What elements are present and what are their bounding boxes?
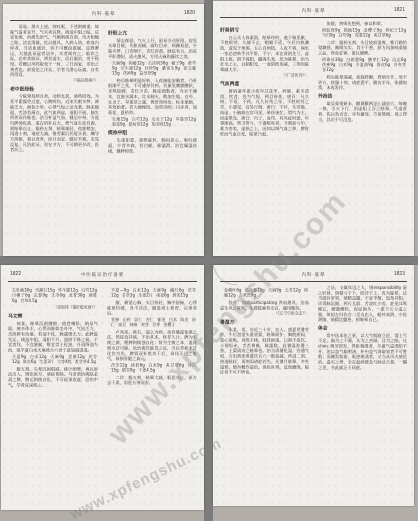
body-paragraph: 药后眩晕递减，夜寐转酣，胃纳亦开，效不更方，续服十剂，诸症悉平。随访半年，体健如… bbox=[318, 74, 407, 90]
scanned-book-spread: { "watermarks": { "center": "www.xpfengs… bbox=[0, 0, 418, 521]
source-attribution: （《辽宁中医杂志》） bbox=[220, 311, 308, 316]
running-title: 内科·眩晕 bbox=[19, 10, 187, 16]
prescription-line: 半夏9g 白术12g 天麻9g 党参12g 茯苓12g 陈皮6g 生姜3片 大枣… bbox=[8, 354, 98, 364]
body-paragraph: 常中医本张之景，以大气斡旋立论，谓上气不足，脑为之不满，头为之苦倾，目为之眩。凡… bbox=[318, 333, 407, 370]
body-paragraph: 服，顿觉心胸、头目皆轻，胸中舒畅，心悸眩晕均缓，食不浮泛，继进培土和胃，以善其后… bbox=[107, 300, 197, 316]
body-paragraph: 何某，眩晕沉困缠绵，倦怠嗜卧，纳呆气弱，痰多体丰，心悸而眩如坐舟中，气短乏力，舌… bbox=[8, 321, 98, 353]
running-title: 内科·眩晕 bbox=[229, 271, 397, 277]
source-attribution: （张锡纯《镇肝熄风汤》） bbox=[8, 305, 97, 310]
entry-heading: 肝阳上亢 bbox=[108, 31, 197, 36]
page-number: 1821 bbox=[394, 7, 405, 13]
text-columns: 而易，溃火上逆，则吐呕，下述则痰重，故眩气虚者宜升，气实者宜降，痰浊中阻之眩，法… bbox=[3, 21, 204, 252]
text-columns: 金蝎叶6g 鸡血藤15g 天麻9g 云苓12g 钩藤12g 合欢皮9g验方：加减… bbox=[213, 282, 414, 506]
page-scan-bottom-left: 中医临证治疗备要 1822 左牡蛎30g 代赭石15g 怀牛膝12g 白芍12g… bbox=[1, 265, 204, 510]
entry-heading: 外治法 bbox=[318, 94, 407, 99]
body-paragraph: 二诊：服五剂，眩晕大减，呕恶亦止，原方去干姜，再进五剂而安。 bbox=[107, 375, 197, 386]
text-column-left: 肝肾阴亏白云夫人体素弱，眩晕经时，遂于咳见歉，不胜烦劳，久咳不止，咽喉不适，午后… bbox=[220, 21, 309, 249]
body-paragraph: 情志郁怒，气火上升，最易引动肝阳，症见头晕目眩，头胀而痛，面红目赤，烦躁易怒，少… bbox=[108, 38, 197, 59]
entry-heading: 老中医经验 bbox=[10, 87, 99, 92]
body-paragraph: 白云夫人体素弱，眩晕经时，遂于咳见歉，不胜烦劳，久咳不止，咽喉不适，午后内热潮热… bbox=[220, 35, 309, 72]
text-column-right: 之证，又属年迈之人，则responsibility 责之肝肾，阴精亏于下，阳浮于… bbox=[318, 285, 407, 506]
page-scan-top-left: 内科·眩晕 1820 而易，溃火上逆，则吐呕，下述则痰重，故眩气虚者宜升，气实者… bbox=[3, 4, 204, 256]
body-paragraph: 药后眩晕明显好转，入夜渐能安睡者，乃肝阳渐平之兆，不可遽停其药。若兼见腰膝酸软，… bbox=[108, 78, 197, 115]
body-paragraph: 卢凤荣，痰石，湿之为病，虽有燥湿化痰之法，然徒攻其痰，不治其本，终非久计。脾为生… bbox=[107, 329, 197, 361]
text-columns: 肝肾阴亏白云夫人体素弱，眩晕经时，遂于咳见歉，不胜烦劳，久咳不止，咽喉不适，午后… bbox=[213, 18, 414, 249]
source-attribution: （《临证指南》） bbox=[10, 78, 98, 83]
text-column-left: 左牡蛎30g 代赭石15g 怀牛膝12g 白芍12g 川楝子6g 玄参9g 天冬… bbox=[8, 285, 98, 510]
body-paragraph: 验方：加减participating 养血熄风，治血虚生风之眩晕，头摇肢麻者尤宜… bbox=[220, 300, 309, 311]
running-title: 内科·眩晕 bbox=[229, 7, 397, 13]
body-paragraph: 张媛、营师先想到，参以和荣。 bbox=[318, 21, 407, 26]
entry-heading: 暑湿方 bbox=[220, 320, 309, 325]
page-number: 1823 bbox=[394, 271, 405, 277]
prescription-line: 生地15g 白芍12g 女贞子12g 旱莲草12g 菊花9g 夏枯草12g 草决… bbox=[108, 117, 197, 127]
body-paragraph: 今眩晕持续月余，动则尤甚，诸药罔效。为其平素操劳过度，心脾两伤，近来失眠多梦，神… bbox=[10, 94, 99, 153]
body-paragraph: 头重如蒙，视物旋转，胸闷恶心，呕吐痰涎，少食多寐，苔白腻，脉濡滑。治宜燥湿祛痰，… bbox=[108, 138, 197, 154]
text-column-right: 半夏—9g 白术12g 天麻9g 橘红6g 茯苓12g 甘草3g 生姜2片 南星… bbox=[107, 285, 197, 510]
entry-heading: 气血两虚 bbox=[220, 82, 309, 87]
entry-heading: 马文辉 bbox=[8, 314, 98, 319]
prescription-line: 天麻9g 钩藤12g 石决明30g 栀子9g 黄芩9g 川牛膝12g 杜仲9g … bbox=[108, 61, 197, 77]
page-number: 1820 bbox=[184, 10, 195, 16]
page-header: 内科·眩晕 1821 bbox=[220, 4, 407, 18]
body-paragraph: 之证，又属年迈之人，则responsibility 责之肝肾，阴精亏于下，阳浮于… bbox=[318, 285, 407, 322]
page-header: 中医临证治疗备要 1822 bbox=[8, 268, 197, 282]
body-paragraph: 朱某，男，年近三十岁，农人。盛夏冒暑劳作，午后忽觉头重昏蒙，眩晕欲仆，胸脘痞闷，… bbox=[220, 327, 309, 375]
page-number: 1822 bbox=[10, 271, 21, 277]
prescription-line: 半夏—9g 白术12g 天麻9g 橘红6g 茯苓12g 甘草3g 生姜2片 南星… bbox=[107, 288, 197, 298]
prescription-line: 左牡蛎30g 代赭石15g 怀牛膝12g 白芍12g 川楝子6g 玄参9g 天冬… bbox=[8, 288, 98, 304]
body-paragraph: 二诊：服药五剂，头目较前清爽，惟行路仍觉飘摇，睡眠欠实，食少不香，原方再加味重镇… bbox=[318, 40, 407, 56]
prescription-line: 茯苓12g 桂枝6g 白术9g 炙甘草6g 泽泻15g 猪苓9g 干姜4.5g bbox=[107, 363, 197, 373]
page-header: 内科·眩晕 1823 bbox=[220, 268, 407, 282]
body-paragraph: 唐妈童年患小疾年过花甲，病躯，素多清淡，饮食，处为气短，两目昏花，唐曰：凡久病，… bbox=[220, 89, 309, 137]
entry-heading: 体会 bbox=[318, 326, 407, 331]
page-scan-top-right: 内科·眩晕 1821 肝肾阴亏白云夫人体素弱，眩晕经时，遂于咳见歉，不胜烦劳，久… bbox=[213, 1, 414, 256]
page-header: 内科·眩晕 1820 bbox=[10, 7, 197, 21]
text-column-left: 而易，溃火上逆，则吐呕，下述则痰重，故眩气虚者宜升，气实者宜降，痰浊中阻之眩，法… bbox=[10, 24, 99, 252]
text-column-left: 金蝎叶6g 鸡血藤15g 天麻9g 云苓12g 钩藤12g 合欢皮9g验方：加减… bbox=[220, 285, 309, 506]
entry-heading: 肝肾阴亏 bbox=[220, 28, 309, 33]
text-column-right: 张媛、营师先想到，参以和荣。阿胶珠9g 熟地15g 金樱子9g 枸杞子12g 当… bbox=[318, 21, 407, 249]
prescription-line: 党参 山药 苡仁 杏仁 郁金 白术 陈皮 砂仁 扁豆 神曲 麦芽 谷芽 金樱子 bbox=[107, 317, 197, 327]
running-title: 中医临证治疗备要 bbox=[17, 271, 187, 277]
source-attribution: （《广济医刊》） bbox=[220, 73, 308, 78]
body-paragraph: 取吴茱萸研末，醋调敷两足心涌泉穴，每晚一换，引火下行，治虚阳上浮之眩晕，气虚甚者… bbox=[318, 101, 407, 122]
page-divider-horizontal bbox=[0, 256, 418, 265]
body-paragraph: 而易，溃火上逆，则吐呕，下述则痰重，故眩气虚者宜升，气实者宜降，痰浊中阻之眩，法… bbox=[10, 24, 99, 78]
entry-heading: 痰浊中阻 bbox=[108, 131, 197, 136]
text-columns: 左牡蛎30g 代赭石15g 怀牛膝12g 白芍12g 川楝子6g 玄参9g 天冬… bbox=[1, 282, 204, 510]
prescription-line: 珍珠母30g 白蒺藜9g 酸枣仁12g 远志6g 茯神9g 白术9g 半夏曲9g… bbox=[318, 57, 407, 73]
page-scan-bottom-right: 内科·眩晕 1823 金蝎叶6g 鸡血藤15g 天麻9g 云苓12g 钩藤12g… bbox=[213, 265, 414, 506]
prescription-line: 阿胶珠9g 熟地15g 金樱子9g 枸杞子12g 当归9g 白芍9g 党参12g… bbox=[318, 28, 407, 38]
body-paragraph: 服五剂，头晕沉困俱减，痰少纳增，再以原法出入，调治匝月，诸症皆除。马老谓治痰眩必… bbox=[8, 366, 98, 387]
text-column-right: 肝阳上亢情志郁怒，气火上升，最易引动肝阳，症见头晕目眩，头胀而痛，面红目赤，烦躁… bbox=[108, 24, 197, 252]
prescription-line: 金蝎叶6g 鸡血藤15g 天麻9g 云苓12g 钩藤12g 合欢皮9g bbox=[220, 288, 309, 298]
